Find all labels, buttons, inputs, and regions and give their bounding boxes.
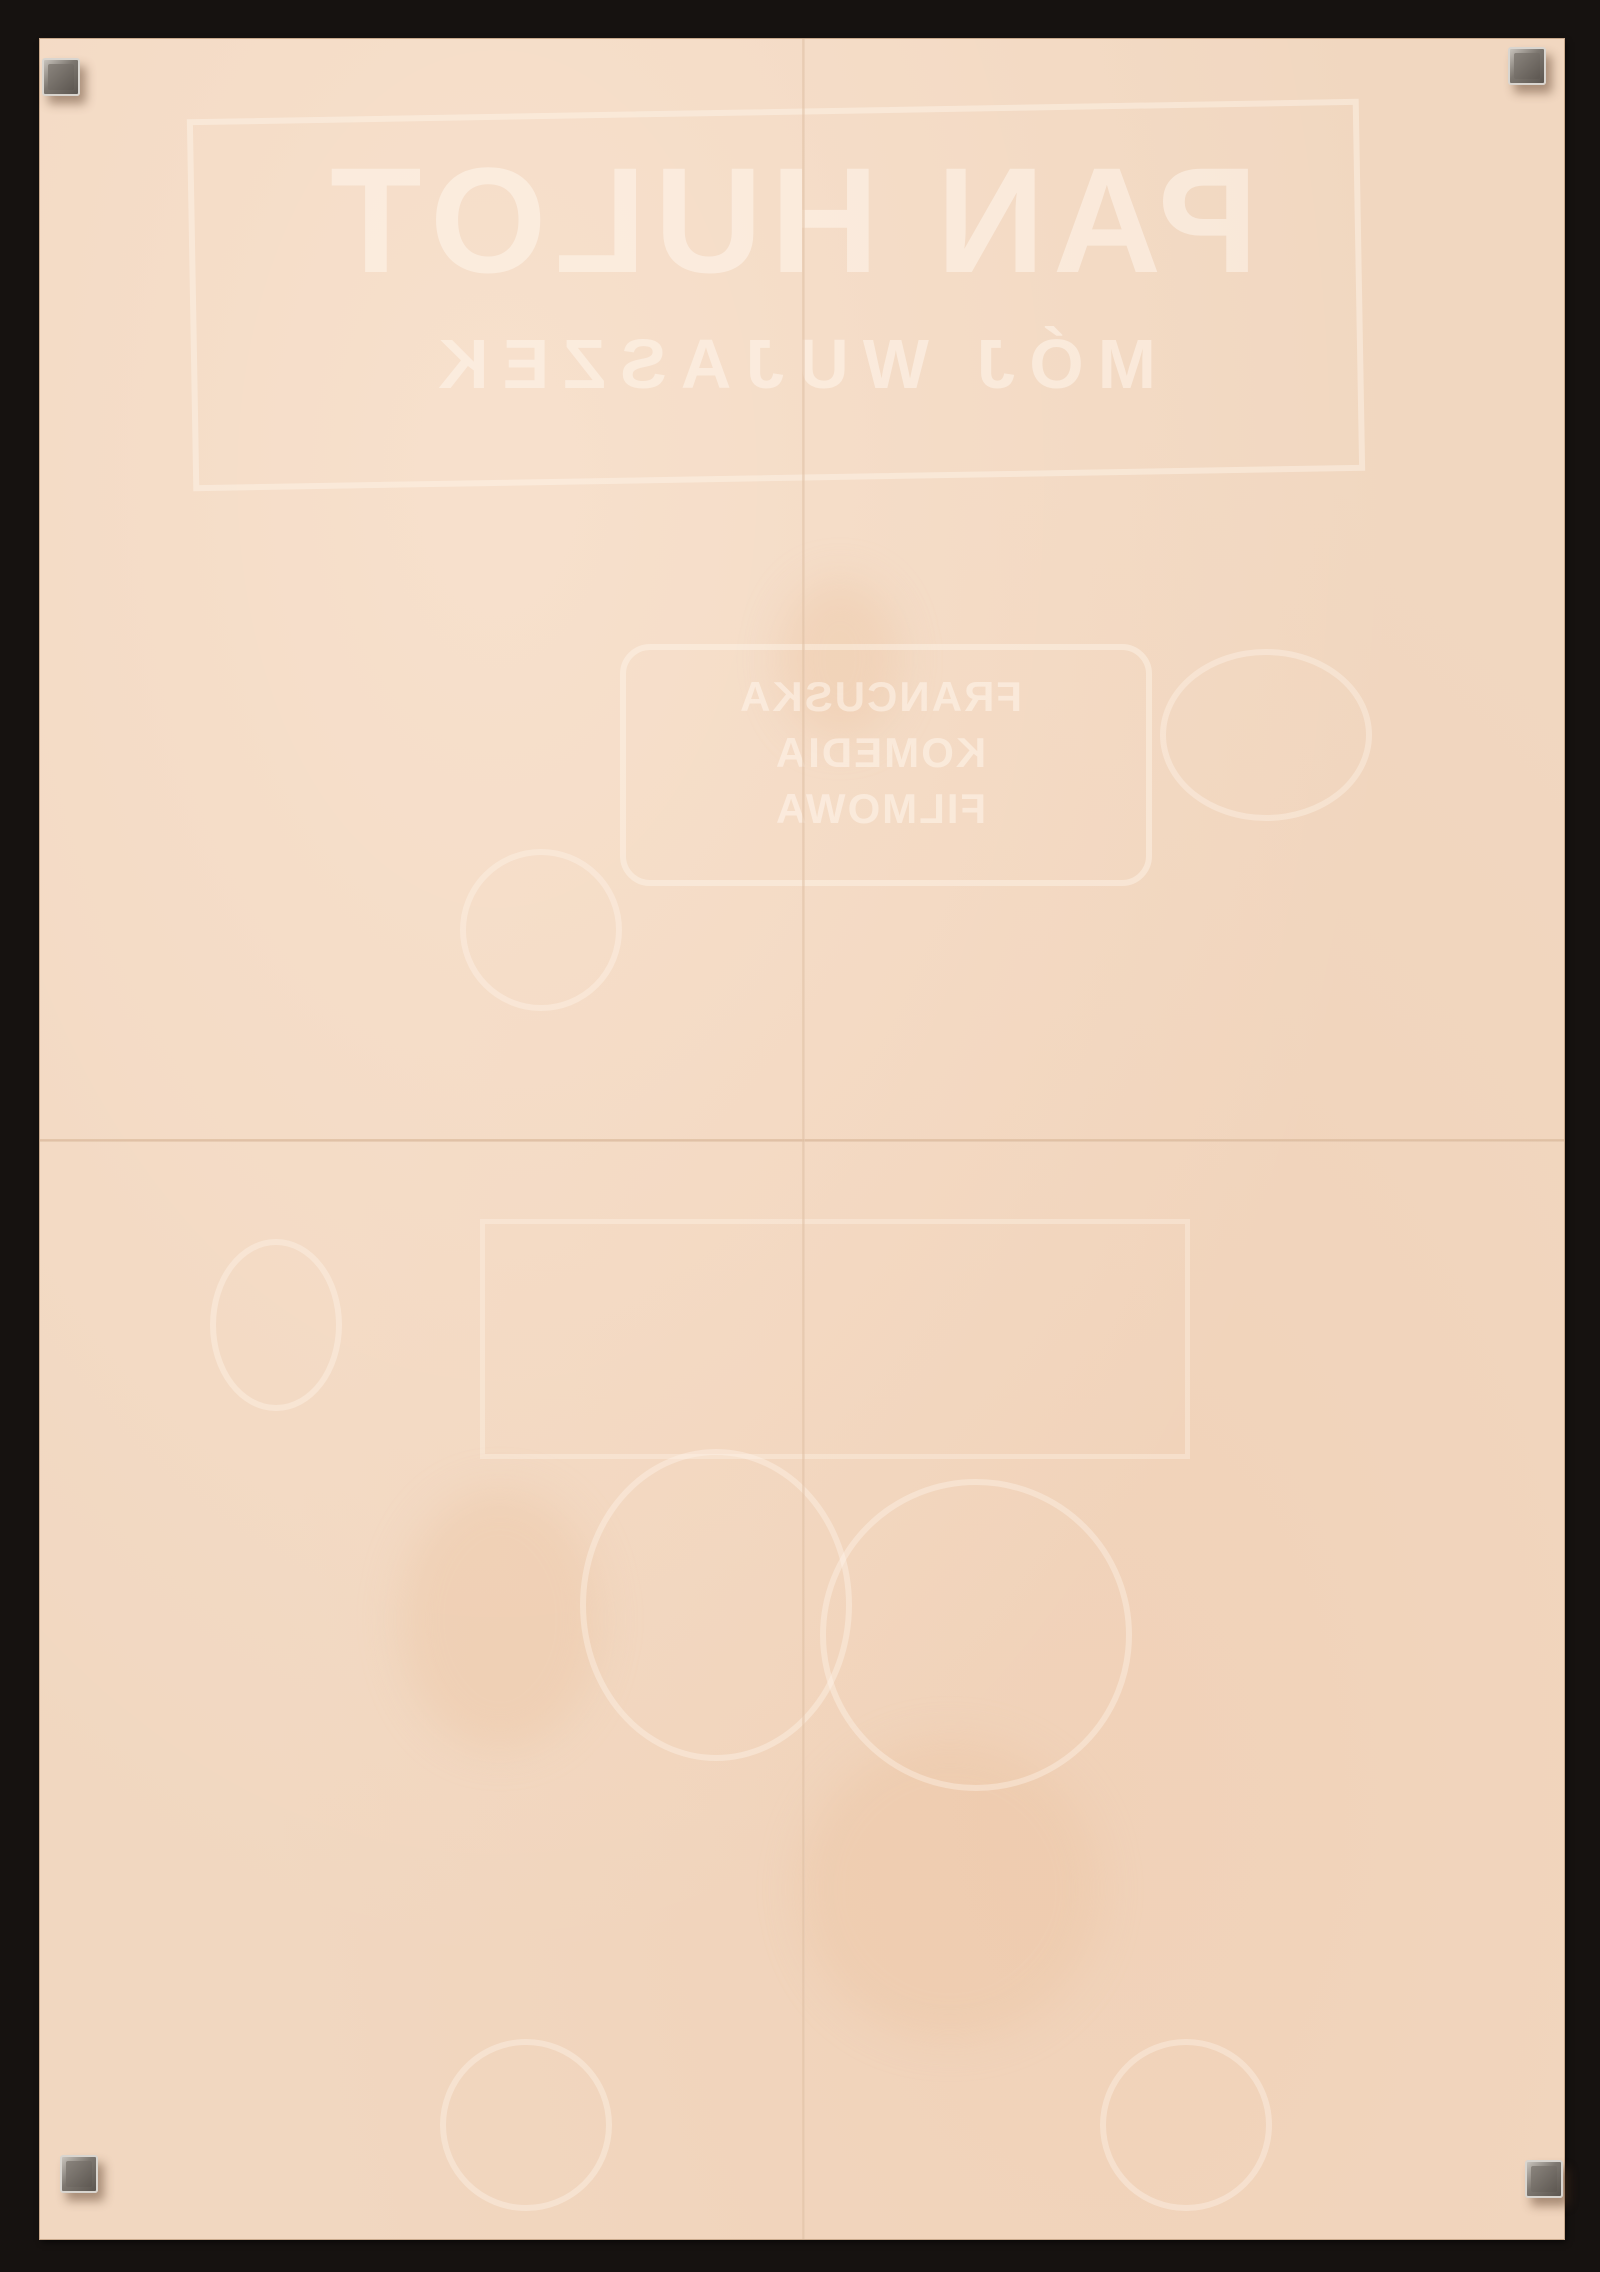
magnet-top-left xyxy=(42,58,80,96)
show-through-title: PAN HULOT xyxy=(240,134,1340,307)
poster-back-paper: PAN HULOT MÓJ WUJASZEK FRANCUSKA KOMEDIA… xyxy=(40,39,1564,2239)
show-through-genre: FRANCUSKA KOMEDIA FILMOWA xyxy=(660,669,1100,837)
genre-line: KOMEDIA xyxy=(660,725,1100,781)
genre-line: FILMOWA xyxy=(660,781,1100,837)
magnet-top-right xyxy=(1508,47,1546,85)
vertical-fold-line xyxy=(802,39,805,2239)
show-through-subtitle: MÓJ WUJASZEK xyxy=(260,324,1320,404)
show-through-circle xyxy=(460,849,622,1011)
magnet-bottom-right xyxy=(1525,2160,1563,2198)
show-through-circle xyxy=(1160,649,1372,821)
magnet-bottom-left xyxy=(60,2155,98,2193)
show-through-rect xyxy=(480,1219,1190,1459)
show-through-wheel xyxy=(440,2039,612,2211)
show-through-wheel xyxy=(1100,2039,1272,2211)
show-through-circle xyxy=(210,1239,342,1411)
paper-stain xyxy=(400,1489,600,1749)
show-through-figure xyxy=(580,1449,852,1761)
genre-line: FRANCUSKA xyxy=(660,669,1100,725)
show-through-figure xyxy=(820,1479,1132,1791)
